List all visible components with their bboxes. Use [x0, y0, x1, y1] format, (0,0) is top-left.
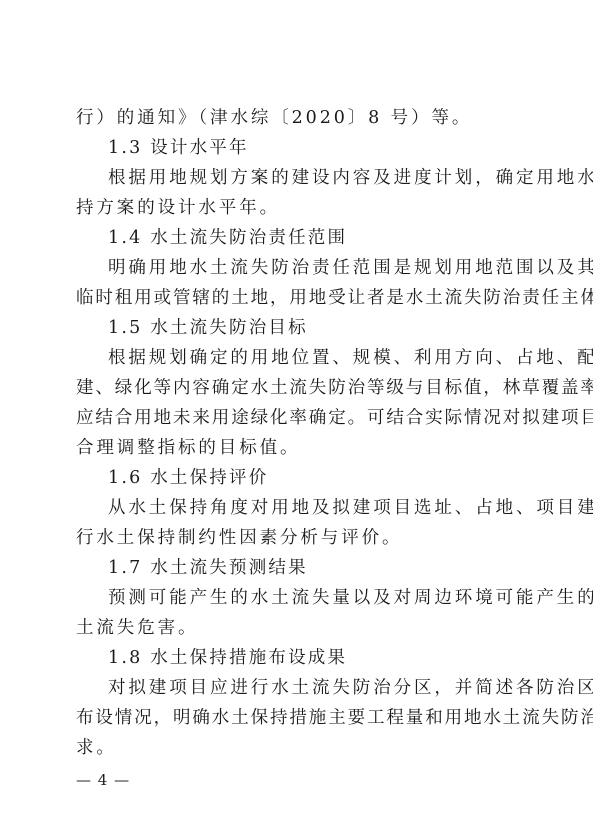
- paragraph-line: 土流失危害。: [76, 613, 524, 643]
- paragraph-line: 求。: [76, 733, 524, 763]
- paragraph-line: 根据规划确定的用地位置、规模、利用方向、占地、配套公: [76, 343, 524, 373]
- paragraph-line: 临时租用或管辖的土地，用地受让者是水土流失防治责任主体。: [76, 283, 524, 313]
- paragraph-line: 预测可能产生的水土流失量以及对周边环境可能产生的水: [76, 583, 524, 613]
- document-body: 行）的通知》（津水综〔2020〕8 号）等。 1.3 设计水平年 根据用地规划方…: [76, 103, 524, 763]
- paragraph-line: 应结合用地未来用途绿化率确定。可结合实际情况对拟建项目科学: [76, 403, 524, 433]
- section-heading-1-4: 1.4 水土流失防治责任范围: [76, 223, 524, 253]
- paragraph-line: 行水土保持制约性因素分析与评价。: [76, 523, 524, 553]
- paragraph-line: 明确用地水土流失防治责任范围是规划用地范围以及其他: [76, 253, 524, 283]
- section-heading-1-6: 1.6 水土保持评价: [76, 463, 524, 493]
- paragraph-line: 对拟建项目应进行水土流失防治分区，并简述各防治区措施: [76, 673, 524, 703]
- section-heading-1-5: 1.5 水土流失防治目标: [76, 313, 524, 343]
- paragraph-line: 合理调整指标的目标值。: [76, 433, 524, 463]
- section-heading-1-7: 1.7 水土流失预测结果: [76, 553, 524, 583]
- paragraph-line: 持方案的设计水平年。: [76, 193, 524, 223]
- paragraph-line: 从水土保持角度对用地及拟建项目选址、占地、项目建设进: [76, 493, 524, 523]
- paragraph-line: 建、绿化等内容确定水土流失防治等级与目标值，林草覆盖率指标: [76, 373, 524, 403]
- paragraph-line: 根据用地规划方案的建设内容及进度计划，确定用地水土保: [76, 163, 524, 193]
- paragraph-line: 行）的通知》（津水综〔2020〕8 号）等。: [76, 103, 524, 133]
- page-number: — 4 —: [76, 770, 130, 790]
- paragraph-line: 布设情况，明确水土保持措施主要工程量和用地水土流失防治要: [76, 703, 524, 733]
- section-heading-1-8: 1.8 水土保持措施布设成果: [76, 643, 524, 673]
- section-heading-1-3: 1.3 设计水平年: [76, 133, 524, 163]
